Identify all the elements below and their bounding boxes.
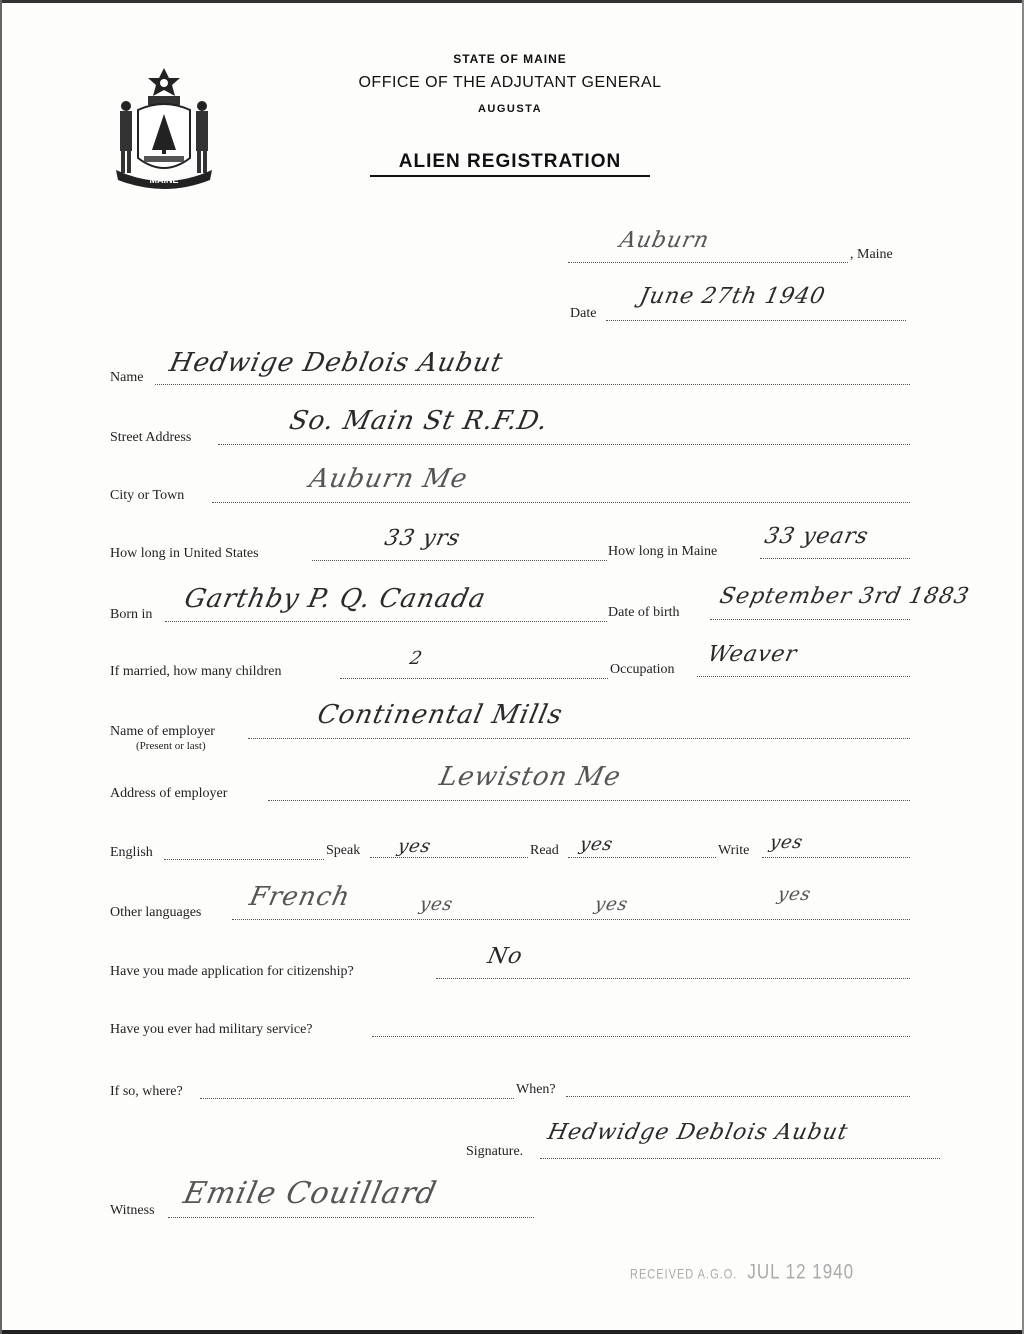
when-line — [566, 1096, 910, 1097]
children-line — [340, 678, 608, 679]
other-language-read[interactable]: yes — [593, 894, 631, 915]
employer-address-label: Address of employer — [110, 786, 227, 802]
other-language-speak[interactable]: yes — [418, 894, 456, 915]
date-value[interactable]: June 27th 1940 — [637, 284, 827, 309]
date-label: Date — [570, 306, 596, 322]
occupation-line — [697, 676, 910, 677]
date-of-birth-value[interactable]: September 3rd 1883 — [717, 584, 971, 609]
header-city: AUGUSTA — [300, 103, 720, 115]
date-of-birth-line — [710, 619, 910, 620]
other-languages-line — [232, 919, 910, 920]
received-stamp: RECEIVED A.G.O.JUL 12 1940 — [630, 1260, 854, 1285]
header-office: OFFICE OF THE ADJUTANT GENERAL — [300, 74, 720, 92]
street-address-value[interactable]: So. Main St R.F.D. — [287, 406, 551, 436]
english-line-3 — [568, 857, 716, 858]
citizenship-value[interactable]: No — [485, 944, 525, 969]
street-address-line — [218, 444, 910, 445]
where-label: If so, where? — [110, 1084, 183, 1100]
children-value[interactable]: 2 — [408, 648, 425, 669]
date-line — [606, 320, 906, 321]
svg-text:MAINE: MAINE — [150, 175, 179, 185]
english-line-4 — [762, 857, 910, 858]
military-line — [372, 1036, 910, 1037]
street-address-label: Street Address — [110, 430, 191, 446]
place-value[interactable]: Auburn — [617, 228, 711, 253]
english-read-value[interactable]: yes — [578, 834, 616, 855]
employer-address-line — [268, 800, 910, 801]
page-border-bottom — [0, 1330, 1024, 1334]
city-line — [212, 502, 910, 503]
employer-name-line — [248, 738, 910, 739]
english-read-label: Read — [530, 843, 559, 859]
signature-value[interactable]: Hedwidge Deblois Aubut — [545, 1120, 850, 1145]
maine-state-seal-icon: MAINE — [110, 66, 218, 192]
born-in-line — [165, 621, 607, 622]
english-line-2 — [370, 857, 528, 858]
signature-label: Signature. — [466, 1144, 523, 1160]
how-long-maine-label: How long in Maine — [608, 544, 717, 560]
how-long-us-value[interactable]: 33 yrs — [382, 526, 463, 551]
place-line — [568, 262, 848, 263]
page-border-left — [0, 0, 2, 1334]
how-long-maine-line — [760, 558, 910, 559]
employer-address-value[interactable]: Lewiston Me — [437, 762, 624, 792]
employer-name-sublabel: (Present or last) — [136, 740, 206, 752]
how-long-us-line — [312, 560, 607, 561]
city-label: City or Town — [110, 488, 184, 504]
city-value[interactable]: Auburn Me — [307, 464, 471, 494]
signature-line — [540, 1158, 940, 1159]
other-language-value[interactable]: French — [247, 882, 353, 912]
citizenship-line — [436, 978, 910, 979]
military-label: Have you ever had military service? — [110, 1022, 313, 1038]
english-label: English — [110, 845, 153, 861]
employer-name-label: Name of employer — [110, 724, 215, 740]
how-long-maine-value[interactable]: 33 years — [762, 524, 871, 549]
received-stamp-prefix: RECEIVED A.G.O. — [630, 1267, 737, 1282]
name-label: Name — [110, 370, 143, 386]
witness-line — [168, 1217, 534, 1218]
how-long-us-label: How long in United States — [110, 546, 259, 562]
occupation-value[interactable]: Weaver — [705, 642, 799, 667]
header-state: STATE OF MAINE — [300, 52, 720, 66]
employer-name-value[interactable]: Continental Mills — [315, 700, 566, 730]
english-speak-value[interactable]: yes — [396, 836, 434, 857]
page-border-top — [0, 0, 1024, 3]
english-write-value[interactable]: yes — [768, 832, 806, 853]
witness-value[interactable]: Emile Couillard — [180, 1176, 440, 1211]
other-language-write[interactable]: yes — [776, 884, 814, 905]
where-line — [200, 1098, 514, 1099]
date-of-birth-label: Date of birth — [608, 605, 680, 621]
form-title: ALIEN REGISTRATION — [370, 151, 650, 177]
name-value[interactable]: Hedwige Deblois Aubut — [167, 348, 506, 378]
english-line-1 — [164, 859, 324, 860]
place-label: , Maine — [850, 247, 893, 263]
when-label: When? — [516, 1082, 556, 1098]
born-in-label: Born in — [110, 607, 152, 623]
received-stamp-date: JUL 12 1940 — [747, 1260, 854, 1284]
citizenship-label: Have you made application for citizenshi… — [110, 964, 354, 980]
name-line — [155, 384, 910, 385]
children-label: If married, how many children — [110, 664, 281, 680]
occupation-label: Occupation — [610, 662, 675, 678]
witness-label: Witness — [110, 1203, 155, 1219]
english-write-label: Write — [718, 843, 749, 859]
other-languages-label: Other languages — [110, 905, 201, 921]
born-in-value[interactable]: Garthby P. Q. Canada — [182, 584, 489, 614]
english-speak-label: Speak — [326, 843, 360, 859]
